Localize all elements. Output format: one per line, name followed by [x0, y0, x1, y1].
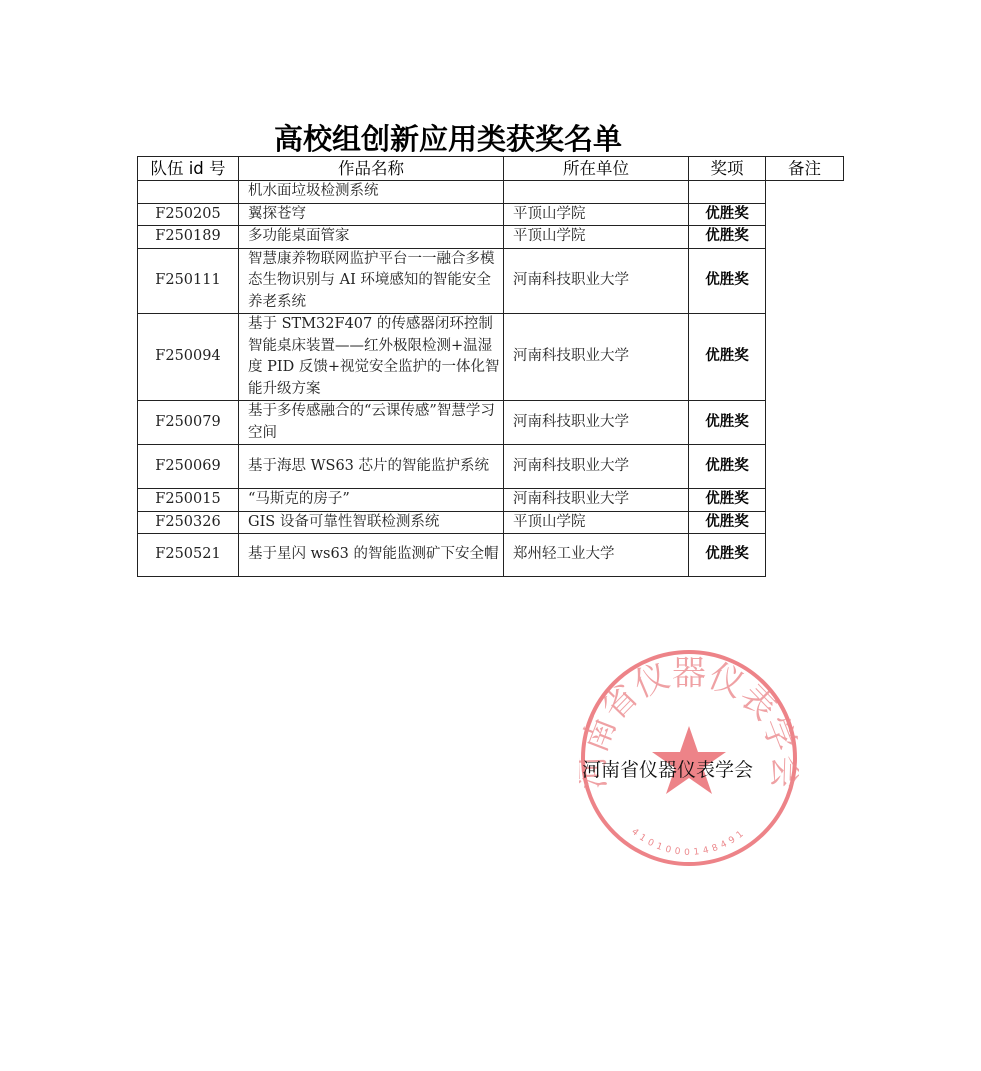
unit-cell: 平顶山学院 — [504, 226, 689, 249]
unit-cell: 平顶山学院 — [504, 203, 689, 226]
table-row: F250205 翼探苍穹 平顶山学院 优胜奖 — [138, 203, 844, 226]
team-id-cell: F250521 — [138, 534, 239, 577]
award-cell — [689, 181, 766, 204]
table-row: F250094 基于 STM32F407 的传感器闭环控制智能桌床装置——红外极… — [138, 314, 844, 401]
award-cell: 优胜奖 — [689, 489, 766, 512]
work-name-cell: 基于多传感融合的“云课传感”智慧学习空间 — [239, 401, 504, 445]
team-id-cell: F250111 — [138, 248, 239, 314]
team-id-cell: F250189 — [138, 226, 239, 249]
table-row: F250079 基于多传感融合的“云课传感”智慧学习空间 河南科技职业大学 优胜… — [138, 401, 844, 445]
award-cell: 优胜奖 — [689, 534, 766, 577]
table-row: F250521 基于星闪 ws63 的智能监测矿下安全帽 郑州轻工业大学 优胜奖 — [138, 534, 844, 577]
table-row: F250069 基于海思 WS63 芯片的智能监护系统 河南科技职业大学 优胜奖 — [138, 445, 844, 489]
award-cell: 优胜奖 — [689, 248, 766, 314]
note-cell — [766, 181, 844, 577]
unit-cell: 郑州轻工业大学 — [504, 534, 689, 577]
table-header-row: 队伍 id 号 作品名称 所在单位 奖项 备注 — [138, 157, 844, 181]
award-cell: 优胜奖 — [689, 226, 766, 249]
table-row: F250189 多功能桌面管家 平顶山学院 优胜奖 — [138, 226, 844, 249]
unit-cell: 河南科技职业大学 — [504, 489, 689, 512]
header-unit: 所在单位 — [504, 157, 689, 181]
work-name-cell: 机水面垃圾检测系统 — [239, 181, 504, 204]
table-row: F250111 智慧康养物联网监护平台一一融合多模态生物识别与 AI 环境感知的… — [138, 248, 844, 314]
work-name-cell: 基于星闪 ws63 的智能监测矿下安全帽 — [239, 534, 504, 577]
header-award: 奖项 — [689, 157, 766, 181]
work-name-cell: 翼探苍穹 — [239, 203, 504, 226]
issuing-organization: 河南省仪器仪表学会 — [582, 755, 753, 782]
unit-cell: 河南科技职业大学 — [504, 401, 689, 445]
team-id-cell: F250015 — [138, 489, 239, 512]
award-cell: 优胜奖 — [689, 401, 766, 445]
team-id-cell — [138, 181, 239, 204]
work-name-cell: 多功能桌面管家 — [239, 226, 504, 249]
award-cell: 优胜奖 — [689, 203, 766, 226]
team-id-cell: F250069 — [138, 445, 239, 489]
work-name-cell: GIS 设备可靠性智联检测系统 — [239, 511, 504, 534]
team-id-cell: F250326 — [138, 511, 239, 534]
table-row: F250015 “马斯克的房子” 河南科技职业大学 优胜奖 — [138, 489, 844, 512]
work-name-cell: 智慧康养物联网监护平台一一融合多模态生物识别与 AI 环境感知的智能安全养老系统 — [239, 248, 504, 314]
table-row: F250326 GIS 设备可靠性智联检测系统 平顶山学院 优胜奖 — [138, 511, 844, 534]
seal-number: 4101000148491 — [629, 827, 748, 858]
work-name-cell: 基于 STM32F407 的传感器闭环控制智能桌床装置——红外极限检测+温湿度 … — [239, 314, 504, 401]
header-work-name: 作品名称 — [239, 157, 504, 181]
awards-table: 队伍 id 号 作品名称 所在单位 奖项 备注 机水面垃圾检测系统 F25020… — [137, 156, 844, 577]
unit-cell: 河南科技职业大学 — [504, 314, 689, 401]
document-title: 高校组创新应用类获奖名单 — [274, 117, 622, 158]
award-cell: 优胜奖 — [689, 445, 766, 489]
award-cell: 优胜奖 — [689, 314, 766, 401]
unit-cell — [504, 181, 689, 204]
team-id-cell: F250205 — [138, 203, 239, 226]
unit-cell: 河南科技职业大学 — [504, 248, 689, 314]
header-note: 备注 — [766, 157, 844, 181]
unit-cell: 河南科技职业大学 — [504, 445, 689, 489]
table-row: 机水面垃圾检测系统 — [138, 181, 844, 204]
unit-cell: 平顶山学院 — [504, 511, 689, 534]
work-name-cell: 基于海思 WS63 芯片的智能监护系统 — [239, 445, 504, 489]
team-id-cell: F250094 — [138, 314, 239, 401]
work-name-cell: “马斯克的房子” — [239, 489, 504, 512]
team-id-cell: F250079 — [138, 401, 239, 445]
award-cell: 优胜奖 — [689, 511, 766, 534]
header-team-id: 队伍 id 号 — [138, 157, 239, 181]
